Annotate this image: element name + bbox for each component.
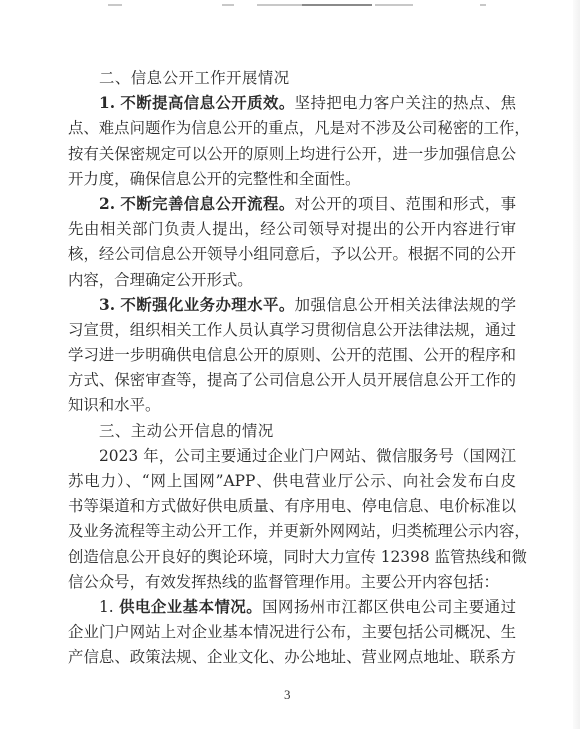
item-title: 供电企业基本情况。 xyxy=(119,598,262,616)
paragraph-text: 创造信息公开良好的舆论环境，同时大力宣传 12398 监管热线和微 xyxy=(68,545,516,570)
paragraph-text: 加强信息公开相关法律法规的学 xyxy=(295,296,516,314)
section-heading: 三、主动公开信息的情况 xyxy=(68,419,516,444)
paragraph-text: 书等渠道和方式做好供电质量、有序用电、停电信息、电价标准以 xyxy=(68,494,516,519)
item-title: 不断完善信息公开流程。 xyxy=(120,195,294,213)
item-title: 不断强化业务办理水平。 xyxy=(120,296,294,314)
paragraph-text: 开力度，确保信息公开的完整性和全面性。 xyxy=(68,167,516,192)
paragraph-item-2: 2. 不断完善信息公开流程。对公开的项目、范围和形式，事 先由相关部门负责人提出… xyxy=(68,192,516,293)
paragraph-item-3: 3. 不断强化业务办理水平。加强信息公开相关法律法规的学 习宣贯，组织相关工作人… xyxy=(68,293,516,419)
paragraph-text: 核，经公司信息公开领导小组同意后，予以公开。根据不同的公开 xyxy=(68,242,516,267)
item-number: 1. xyxy=(99,94,115,112)
document-body: 二、信息公开工作开展情况 1. 不断提高信息公开质效。坚持把电力客户关注的热点、… xyxy=(68,66,516,671)
scan-artifacts xyxy=(0,4,580,8)
paragraph-text: 苏电力）、“网上国网”APP、供电营业厅公示、向社会发布白皮 xyxy=(68,469,516,494)
paragraph-text: 习宣贯，组织相关工作人员认真学习贯彻信息公开法律法规，通过 xyxy=(68,318,516,343)
paragraph-text: 国网扬州市江都区供电公司主要通过 xyxy=(262,598,516,616)
paragraph-text: 知识和水平。 xyxy=(68,393,516,418)
paragraph-text: 内容，合理确定公开形式。 xyxy=(68,268,516,293)
paragraph-text: 按有关保密规定可以公开的原则上均进行公开，进一步加强信息公 xyxy=(68,142,516,167)
document-page: 二、信息公开工作开展情况 1. 不断提高信息公开质效。坚持把电力客户关注的热点、… xyxy=(0,0,580,729)
item-number: 2. xyxy=(99,195,115,213)
section-heading: 二、信息公开工作开展情况 xyxy=(68,66,516,91)
paragraph-text: 点、难点问题作为信息公开的重点，凡是对不涉及公司秘密的工作， xyxy=(68,116,516,141)
page-number: 3 xyxy=(284,687,291,703)
paragraph-text: 信公众号，有效发挥热线的监督管理作用。主要公开内容包括： xyxy=(68,570,516,595)
item-title: 不断提高信息公开质效。 xyxy=(120,94,294,112)
paragraph-text: 学习进一步明确供电信息公开的原则、公开的范围、公开的程序和 xyxy=(68,343,516,368)
paragraph-text: 2023 年，公司主要通过企业门户网站、微信服务号（国网江 xyxy=(68,444,516,469)
paragraph-text: 先由相关部门负责人提出，经公司领导对提出的公开内容进行审 xyxy=(68,217,516,242)
paragraph-text: 产信息、政策法规、企业文化、办公地址、营业网点地址、联系方 xyxy=(68,645,516,670)
page-edge-shadow xyxy=(573,0,580,729)
item-number: 1. xyxy=(99,598,114,616)
paragraph-item-basic-info: 1. 供电企业基本情况。国网扬州市江都区供电公司主要通过 企业门户网站上对企业基… xyxy=(68,595,516,671)
paragraph-text: 坚持把电力客户关注的热点、焦 xyxy=(295,94,516,112)
item-number: 3. xyxy=(99,296,115,314)
paragraph-text: 企业门户网站上对企业基本情况进行公布，主要包括公司概况、生 xyxy=(68,620,516,645)
paragraph-text: 方式、保密审查等，提高了公司信息公开人员开展信息公开工作的 xyxy=(68,368,516,393)
intro-paragraph: 2023 年，公司主要通过企业门户网站、微信服务号（国网江 苏电力）、“网上国网… xyxy=(68,444,516,595)
paragraph-item-1: 1. 不断提高信息公开质效。坚持把电力客户关注的热点、焦 点、难点问题作为信息公… xyxy=(68,91,516,192)
paragraph-text: 对公开的项目、范围和形式，事 xyxy=(295,195,516,213)
paragraph-text: 及业务流程等主动公开工作，并更新外网网站，归类梳理公示内容， xyxy=(68,519,516,544)
